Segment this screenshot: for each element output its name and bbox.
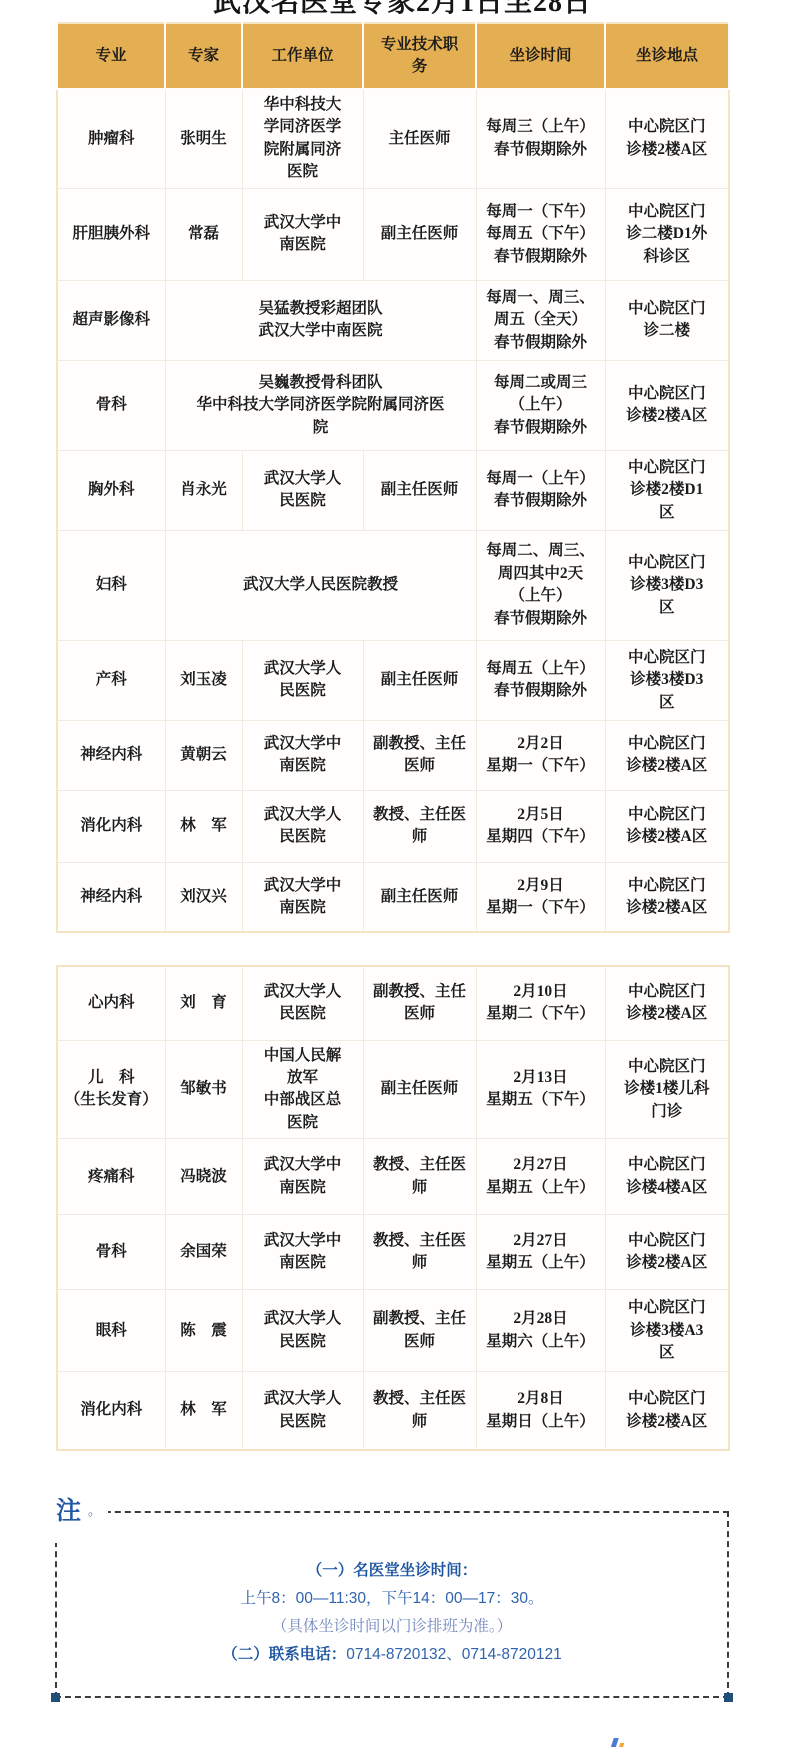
table-row: 神经内科 黄朝云 武汉大学中 南医院 副教授、主任 医师 2月2日 星期一（下午… bbox=[57, 720, 729, 790]
cell-time: 2月5日 星期四（下午） bbox=[476, 790, 605, 862]
cell-title: 副教授、主任 医师 bbox=[363, 720, 476, 790]
table-row: 儿 科 （生长发育） 邹敏书 中国人民解 放军 中部战区总 医院 副主任医师 2… bbox=[57, 1040, 729, 1139]
table-row: 眼科 陈 震 武汉大学人 民医院 副教授、主任 医师 2月28日 星期六（上午）… bbox=[57, 1290, 729, 1372]
table-row: 妇科 武汉大学人民医院教授 每周二、周三、 周四其中2天 （上午） 春节假期除外… bbox=[57, 530, 729, 640]
cell-specialty: 儿 科 （生长发育） bbox=[57, 1040, 165, 1139]
note-line-hours: 上午8：00—11:30，下午14：00—17：30。 bbox=[57, 1585, 727, 1613]
note-phone-label: （二）联系电话： bbox=[222, 1646, 346, 1663]
cell-unit: 中国人民解 放军 中部战区总 医院 bbox=[242, 1040, 363, 1139]
cell-location: 中心院区门 诊楼2楼A区 bbox=[605, 720, 729, 790]
note-label-punct: 。 bbox=[88, 1503, 101, 1518]
column-header: 坐诊时间 bbox=[476, 23, 605, 89]
column-header: 坐诊地点 bbox=[605, 23, 729, 89]
cell-unit: 武汉大学人 民医院 bbox=[242, 1290, 363, 1372]
cell-time: 2月13日 星期五（下午） bbox=[476, 1040, 605, 1139]
cell-expert: 刘汉兴 bbox=[165, 862, 242, 932]
column-header: 专业 bbox=[57, 23, 165, 89]
cell-expert: 张明生 bbox=[165, 89, 242, 188]
cell-unit: 武汉大学人 民医院 bbox=[242, 790, 363, 862]
cell-expert: 刘玉凌 bbox=[165, 640, 242, 720]
cell-time: 2月27日 星期五（上午） bbox=[476, 1215, 605, 1290]
cell-time: 2月9日 星期一（下午） bbox=[476, 862, 605, 932]
cell-unit: 武汉大学中 南医院 bbox=[242, 862, 363, 932]
cell-expert: 林 军 bbox=[165, 1372, 242, 1450]
column-header: 专家 bbox=[165, 23, 242, 89]
table-row: 超声影像科 吴猛教授彩超团队 武汉大学中南医院 每周一、周三、 周五（全天） 春… bbox=[57, 280, 729, 360]
cell-time: 2月8日 星期日（上午） bbox=[476, 1372, 605, 1450]
cell-time: 每周五（上午） 春节假期除外 bbox=[476, 640, 605, 720]
cell-specialty: 消化内科 bbox=[57, 790, 165, 862]
table-row: 消化内科 林 军 武汉大学人 民医院 教授、主任医 师 2月5日 星期四（下午）… bbox=[57, 790, 729, 862]
cell-title: 教授、主任医 师 bbox=[363, 1215, 476, 1290]
cell-expert: 余国荣 bbox=[165, 1215, 242, 1290]
cell-specialty: 超声影像科 bbox=[57, 280, 165, 360]
cell-location: 中心院区门 诊楼2楼A区 bbox=[605, 862, 729, 932]
cell-specialty: 心内科 bbox=[57, 966, 165, 1040]
cell-unit: 武汉大学人 民医院 bbox=[242, 1372, 363, 1450]
cell-expert: 黄朝云 bbox=[165, 720, 242, 790]
cell-location: 中心院区门 诊楼2楼A区 bbox=[605, 89, 729, 188]
cell-location: 中心院区门 诊楼3楼D3 区 bbox=[605, 640, 729, 720]
cell-time: 每周一、周三、 周五（全天） 春节假期除外 bbox=[476, 280, 605, 360]
table-row: 骨科 吴巍教授骨科团队 华中科技大学同济医学院附属同济医 院 每周二或周三 （上… bbox=[57, 360, 729, 450]
cell-unit: 武汉大学中 南医院 bbox=[242, 188, 363, 280]
cell-title: 教授、主任医 师 bbox=[363, 1139, 476, 1215]
cell-title: 教授、主任医 师 bbox=[363, 790, 476, 862]
page-title: 武汉名医堂专家2月1日至28日 bbox=[0, 0, 805, 15]
schedule-table-2: 心内科 刘 育 武汉大学人 民医院 副教授、主任 医师 2月10日 星期二（下午… bbox=[56, 965, 730, 1451]
cell-time: 2月28日 星期六（上午） bbox=[476, 1290, 605, 1372]
cell-team: 吴巍教授骨科团队 华中科技大学同济医学院附属同济医 院 bbox=[165, 360, 476, 450]
cell-location: 中心院区门 诊楼2楼A区 bbox=[605, 360, 729, 450]
cell-specialty: 妇科 bbox=[57, 530, 165, 640]
cell-expert: 林 军 bbox=[165, 790, 242, 862]
cell-location: 中心院区门 诊楼2楼D1 区 bbox=[605, 450, 729, 530]
column-header: 专业技术职 务 bbox=[363, 23, 476, 89]
cell-expert: 肖永光 bbox=[165, 450, 242, 530]
resize-handle-bottom-right[interactable] bbox=[724, 1693, 733, 1702]
cell-specialty: 肝胆胰外科 bbox=[57, 188, 165, 280]
logo-blue-stroke bbox=[610, 1738, 619, 1747]
cell-title: 主任医师 bbox=[363, 89, 476, 188]
cell-time: 每周三（上午） 春节假期除外 bbox=[476, 89, 605, 188]
cell-time: 2月2日 星期一（下午） bbox=[476, 720, 605, 790]
note-phone-numbers: 0714-8720132、0714-8720121 bbox=[346, 1646, 561, 1663]
cell-location: 中心院区门 诊楼4楼A区 bbox=[605, 1139, 729, 1215]
note-line-hours-title: （一）名医堂坐诊时间： bbox=[57, 1557, 727, 1585]
table-row: 肝胆胰外科 常磊 武汉大学中 南医院 副主任医师 每周一（下午） 每周五（下午）… bbox=[57, 188, 729, 280]
cell-location: 中心院区门 诊二楼 bbox=[605, 280, 729, 360]
cell-specialty: 胸外科 bbox=[57, 450, 165, 530]
cell-specialty: 骨科 bbox=[57, 1215, 165, 1290]
cell-time: 2月10日 星期二（下午） bbox=[476, 966, 605, 1040]
cell-location: 中心院区门 诊楼3楼A3 区 bbox=[605, 1290, 729, 1372]
cell-expert: 陈 震 bbox=[165, 1290, 242, 1372]
cell-title: 副教授、主任 医师 bbox=[363, 1290, 476, 1372]
header-row: 专业 专家 工作单位 专业技术职 务 坐诊时间 坐诊地点 bbox=[57, 23, 729, 89]
resize-handle-bottom-left[interactable] bbox=[51, 1693, 60, 1702]
table-row: 胸外科 肖永光 武汉大学人 民医院 副主任医师 每周一（上午） 春节假期除外 中… bbox=[57, 450, 729, 530]
schedule-page: 武汉名医堂专家2月1日至28日 专业 专家 工作单位 专业技术职 务 坐诊时间 … bbox=[0, 0, 805, 1747]
cell-location: 中心院区门 诊楼1楼儿科 门诊 bbox=[605, 1040, 729, 1139]
note-content: （一）名医堂坐诊时间： 上午8：00—11:30，下午14：00—17：30。 … bbox=[57, 1557, 727, 1669]
page-title-clipped: 武汉名医堂专家2月1日至28日 bbox=[0, 0, 805, 15]
cell-title: 副主任医师 bbox=[363, 1040, 476, 1139]
cell-specialty: 神经内科 bbox=[57, 862, 165, 932]
schedule-table-1: 专业 专家 工作单位 专业技术职 务 坐诊时间 坐诊地点 肿瘤科 张明生 华中科… bbox=[56, 22, 730, 933]
cell-expert: 刘 育 bbox=[165, 966, 242, 1040]
cell-time: 每周二或周三 （上午） 春节假期除外 bbox=[476, 360, 605, 450]
cell-time: 每周一（下午） 每周五（下午） 春节假期除外 bbox=[476, 188, 605, 280]
note-label-text: 注 bbox=[56, 1497, 81, 1525]
table-row: 产科 刘玉凌 武汉大学人 民医院 副主任医师 每周五（上午） 春节假期除外 中心… bbox=[57, 640, 729, 720]
cell-specialty: 产科 bbox=[57, 640, 165, 720]
cell-time: 每周一（上午） 春节假期除外 bbox=[476, 450, 605, 530]
cell-location: 中心院区门 诊楼2楼A区 bbox=[605, 1372, 729, 1450]
cell-specialty: 眼科 bbox=[57, 1290, 165, 1372]
cell-time: 每周二、周三、 周四其中2天 （上午） 春节假期除外 bbox=[476, 530, 605, 640]
cell-specialty: 骨科 bbox=[57, 360, 165, 450]
table-row: 疼痛科 冯晓波 武汉大学中 南医院 教授、主任医 师 2月27日 星期五（上午）… bbox=[57, 1139, 729, 1215]
cell-unit: 武汉大学中 南医院 bbox=[242, 1139, 363, 1215]
cell-time: 2月27日 星期五（上午） bbox=[476, 1139, 605, 1215]
cell-expert: 邹敏书 bbox=[165, 1040, 242, 1139]
cell-team: 吴猛教授彩超团队 武汉大学中南医院 bbox=[165, 280, 476, 360]
note-line-phone: （二）联系电话：0714-8720132、0714-8720121 bbox=[57, 1641, 727, 1669]
cell-team: 武汉大学人民医院教授 bbox=[165, 530, 476, 640]
cell-title: 副主任医师 bbox=[363, 640, 476, 720]
cell-specialty: 消化内科 bbox=[57, 1372, 165, 1450]
note-label: 注。 bbox=[53, 1491, 108, 1543]
cell-specialty: 神经内科 bbox=[57, 720, 165, 790]
cell-location: 中心院区门 诊楼2楼A区 bbox=[605, 790, 729, 862]
cell-location: 中心院区门 诊楼3楼D3 区 bbox=[605, 530, 729, 640]
note-line-disclaimer: （具体坐诊时间以门诊排班为准。） bbox=[57, 1613, 727, 1641]
cell-title: 副主任医师 bbox=[363, 862, 476, 932]
cell-unit: 华中科技大 学同济医学 院附属同济 医院 bbox=[242, 89, 363, 188]
cell-title: 副主任医师 bbox=[363, 450, 476, 530]
brand-logo-icon bbox=[612, 1736, 634, 1747]
cell-specialty: 肿瘤科 bbox=[57, 89, 165, 188]
cell-location: 中心院区门 诊楼2楼A区 bbox=[605, 966, 729, 1040]
cell-unit: 武汉大学中 南医院 bbox=[242, 720, 363, 790]
cell-title: 教授、主任医 师 bbox=[363, 1372, 476, 1450]
cell-unit: 武汉大学人 民医院 bbox=[242, 966, 363, 1040]
cell-location: 中心院区门 诊楼2楼A区 bbox=[605, 1215, 729, 1290]
table-row: 神经内科 刘汉兴 武汉大学中 南医院 副主任医师 2月9日 星期一（下午） 中心… bbox=[57, 862, 729, 932]
cell-unit: 武汉大学中 南医院 bbox=[242, 1215, 363, 1290]
logo-orange-stroke bbox=[618, 1743, 625, 1747]
cell-unit: 武汉大学人 民医院 bbox=[242, 640, 363, 720]
cell-expert: 冯晓波 bbox=[165, 1139, 242, 1215]
table-row: 骨科 余国荣 武汉大学中 南医院 教授、主任医 师 2月27日 星期五（上午） … bbox=[57, 1215, 729, 1290]
cell-title: 副主任医师 bbox=[363, 188, 476, 280]
cell-location: 中心院区门 诊二楼D1外 科诊区 bbox=[605, 188, 729, 280]
table-row: 肿瘤科 张明生 华中科技大 学同济医学 院附属同济 医院 主任医师 每周三（上午… bbox=[57, 89, 729, 188]
cell-expert: 常磊 bbox=[165, 188, 242, 280]
column-header: 工作单位 bbox=[242, 23, 363, 89]
table-row: 消化内科 林 军 武汉大学人 民医院 教授、主任医 师 2月8日 星期日（上午）… bbox=[57, 1372, 729, 1450]
cell-specialty: 疼痛科 bbox=[57, 1139, 165, 1215]
cell-unit: 武汉大学人 民医院 bbox=[242, 450, 363, 530]
table-row: 心内科 刘 育 武汉大学人 民医院 副教授、主任 医师 2月10日 星期二（下午… bbox=[57, 966, 729, 1040]
cell-title: 副教授、主任 医师 bbox=[363, 966, 476, 1040]
note-textbox: 注。 （一）名医堂坐诊时间： 上午8：00—11:30，下午14：00—17：3… bbox=[55, 1511, 729, 1698]
